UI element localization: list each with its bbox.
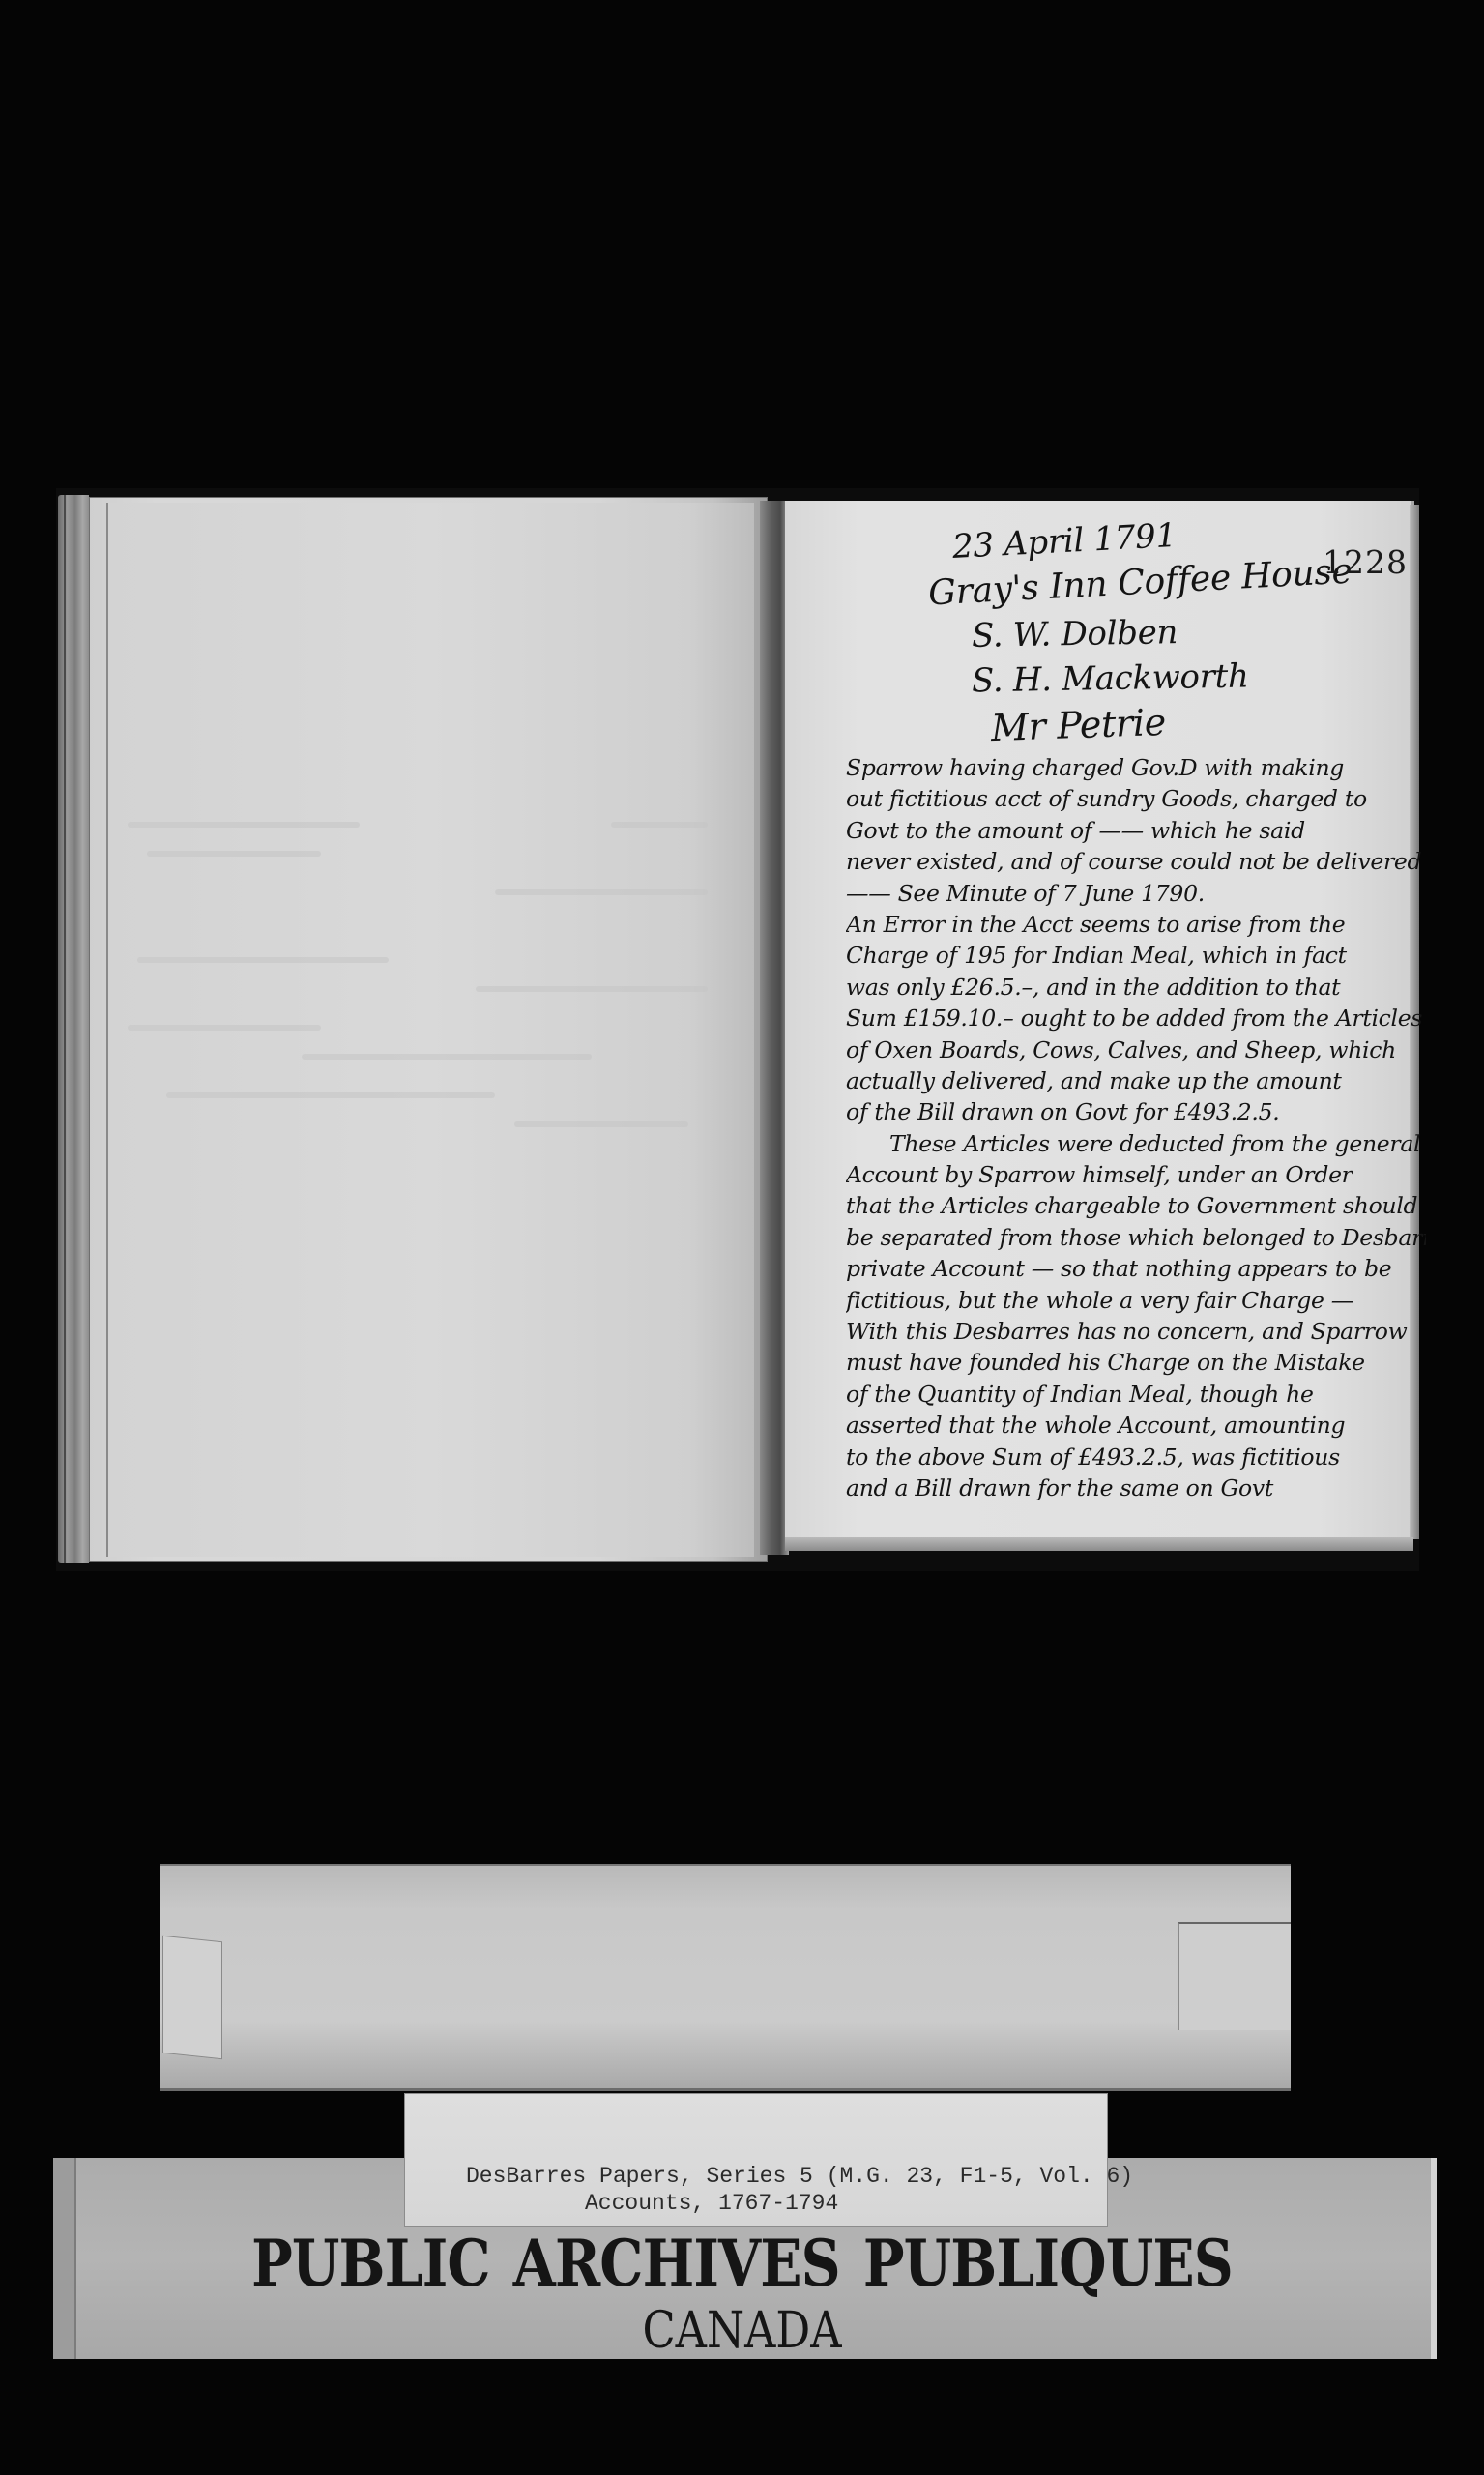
attendee-1: S. W. Dolben bbox=[972, 613, 1178, 655]
manuscript-line: be separated from those which belonged t… bbox=[846, 1222, 1426, 1253]
bleed-through-mark bbox=[128, 822, 360, 828]
tape-strip-left bbox=[162, 1936, 222, 2060]
archive-card-edge bbox=[53, 2158, 76, 2359]
manuscript-line: Govt to the amount of —— which he said bbox=[846, 815, 1426, 846]
manuscript-line: These Articles were deducted from the ge… bbox=[846, 1128, 1426, 1159]
bleed-through-mark bbox=[137, 957, 389, 963]
manuscript-line: —— See Minute of 7 June 1790. bbox=[846, 878, 1426, 909]
manuscript-line: An Error in the Acct seems to arise from… bbox=[846, 909, 1426, 940]
bleed-through-mark bbox=[302, 1054, 592, 1060]
manuscript-line: asserted that the whole Account, amounti… bbox=[846, 1410, 1426, 1441]
manuscript-line: of the Quantity of Indian Meal, though h… bbox=[846, 1379, 1426, 1410]
folded-paper-slip bbox=[160, 1864, 1291, 2091]
tape-strip-right bbox=[1178, 1922, 1291, 2030]
manuscript-line: fictitious, but the whole a very fair Ch… bbox=[846, 1285, 1426, 1316]
manuscript-line: With this Desbarres has no concern, and … bbox=[846, 1316, 1426, 1347]
attendee-3: Mr Petrie bbox=[990, 701, 1166, 749]
bleed-through-mark bbox=[611, 822, 708, 828]
bleed-through-mark bbox=[147, 851, 321, 857]
manuscript-line: actually delivered, and make up the amou… bbox=[846, 1065, 1426, 1096]
archive-title-word: PUBLIQUES bbox=[863, 2226, 1233, 2301]
bleed-through-mark bbox=[476, 986, 708, 992]
book-page-stack-edge bbox=[58, 495, 89, 1563]
bleed-through-mark bbox=[514, 1121, 688, 1127]
archive-title-word: ARCHIVES bbox=[513, 2226, 840, 2301]
manuscript-line: and a Bill drawn for the same on Govt bbox=[846, 1472, 1426, 1503]
right-page-bottom-edge bbox=[785, 1537, 1413, 1551]
manuscript-line: of Oxen Boards, Cows, Calves, and Sheep,… bbox=[846, 1034, 1426, 1065]
manuscript-body: Sparrow having charged Gov.D with making… bbox=[846, 752, 1426, 1503]
manuscript-line: private Account — so that nothing appear… bbox=[846, 1253, 1426, 1284]
manuscript-line: Sparrow having charged Gov.D with making bbox=[846, 752, 1426, 783]
manuscript-line: out fictitious acct of sundry Goods, cha… bbox=[846, 783, 1426, 814]
manuscript-line: Charge of 195 for Indian Meal, which in … bbox=[846, 940, 1426, 971]
manuscript-line: that the Articles chargeable to Governme… bbox=[846, 1190, 1426, 1221]
manuscript-line: was only £26.5.–, and in the addition to… bbox=[846, 972, 1426, 1003]
archive-title-word: PUBLIC bbox=[251, 2226, 490, 2301]
manuscript-line: Account by Sparrow himself, under an Ord… bbox=[846, 1159, 1426, 1190]
collection-label-line-1: DesBarres Papers, Series 5 (M.G. 23, F1-… bbox=[466, 2164, 1133, 2189]
folio-number: 1228 bbox=[1323, 543, 1408, 581]
manuscript-line: Sum £159.10.– ought to be added from the… bbox=[846, 1003, 1426, 1034]
manuscript-line: of the Bill drawn on Govt for £493.2.5. bbox=[846, 1096, 1426, 1127]
manuscript-line: never existed, and of course could not b… bbox=[846, 846, 1426, 877]
manuscript-line: to the above Sum of £493.2.5, was fictit… bbox=[846, 1441, 1426, 1472]
bleed-through-mark bbox=[166, 1092, 495, 1098]
left-page-blank bbox=[106, 503, 754, 1557]
collection-label-line-2: Accounts, 1767-1794 bbox=[585, 2191, 838, 2216]
archive-card-title: PUBLICARCHIVESPUBLIQUES bbox=[103, 2226, 1380, 2301]
manuscript-line: must have founded his Charge on the Mist… bbox=[846, 1347, 1426, 1378]
bleed-through-mark bbox=[128, 1025, 321, 1031]
collection-label: DesBarres Papers, Series 5 (M.G. 23, F1-… bbox=[404, 2093, 1108, 2227]
bleed-through-mark bbox=[495, 889, 708, 895]
attendee-2: S. H. Mackworth bbox=[972, 657, 1249, 701]
archive-card-subtitle: CANADA bbox=[103, 2302, 1380, 2360]
